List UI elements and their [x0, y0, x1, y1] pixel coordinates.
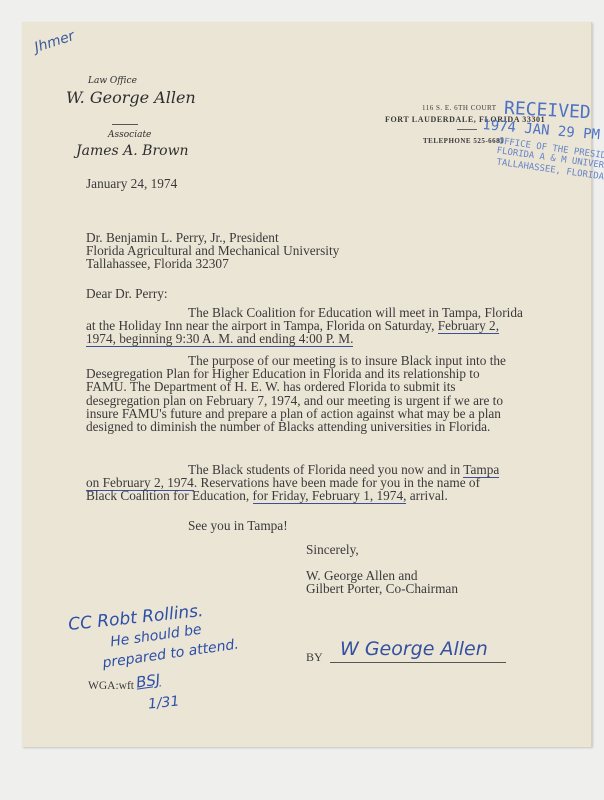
handwritten-note-top: Jhmer: [33, 28, 77, 56]
closing-line: See you in Tampa!: [188, 518, 288, 534]
associate-label: Associate: [108, 130, 151, 140]
salutation: Dear Dr. Perry:: [86, 286, 168, 302]
letter-date: January 24, 1974: [86, 176, 177, 192]
paragraph-3-underlined-arrival: for Friday, February 1, 1974,: [253, 488, 407, 504]
paragraph-2: The purpose of our meeting is to insure …: [86, 354, 514, 433]
recipient-line3: Tallahassee, Florida 32307: [86, 256, 229, 272]
firm-name: W. George Allen: [66, 88, 196, 107]
paragraph-3-text-c: arrival.: [406, 488, 447, 503]
signature-line: [330, 662, 506, 663]
paragraph-1: The Black Coalition for Education will m…: [86, 306, 530, 346]
paragraph-2-text: The purpose of our meeting is to insure …: [86, 353, 506, 434]
cc-date: 1/31: [147, 693, 180, 712]
valediction: Sincerely,: [306, 542, 359, 558]
letter-page: Jhmer Law Office W. George Allen Associa…: [22, 22, 592, 747]
signers-line2: Gilbert Porter, Co-Chairman: [306, 581, 458, 597]
signature: W George Allen: [340, 638, 488, 660]
firm-label: Law Office: [88, 76, 137, 86]
by-label: BY: [306, 650, 323, 665]
cc-initials: BSJ: [135, 670, 162, 691]
address-line1: 116 S. E. 6TH COURT: [422, 104, 497, 112]
associate-name: James A. Brown: [76, 143, 189, 159]
telephone: TELEPHONE 525-6681: [423, 137, 504, 145]
address-divider: [457, 129, 477, 130]
letterhead-divider: [112, 124, 138, 125]
paragraph-3: The Black students of Florida need you n…: [86, 463, 506, 503]
reference-initials: WGA:wft: [88, 680, 134, 692]
